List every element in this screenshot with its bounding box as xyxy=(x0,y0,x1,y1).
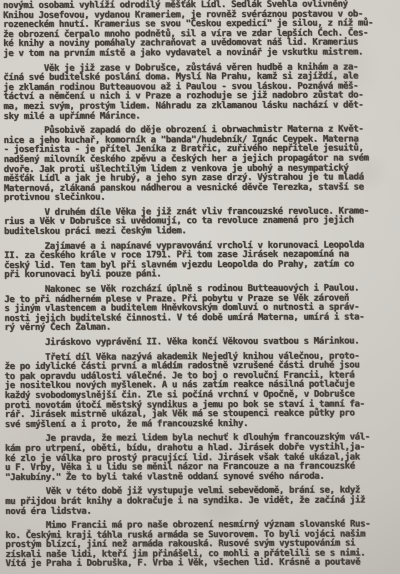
scanned-page: novými osobami vyhlíží odrodilý měšťák L… xyxy=(0,0,400,574)
paragraph-vek-dobruska: Věk je již zase v Dobrušce, zůstává věre… xyxy=(3,63,399,122)
paragraph-korunovace: Zajímavé a i napínavé vypravování vrchol… xyxy=(4,241,400,281)
paragraph-rozchod: Nakonec se Věk rozchází úplně s rodinou … xyxy=(4,284,400,334)
paragraph-kramerius: novými osobami vyhlíží odrodilý měšťák L… xyxy=(3,0,399,59)
paragraph-sebevedomi: Věk v této době již vystupuje velmi sebe… xyxy=(5,487,400,518)
paragraph-treti-dil: Třetí díl Věka nazývá akademik Nejedlý k… xyxy=(5,352,400,430)
paragraph-materna: Působivě zapadá do děje obrození i obrwa… xyxy=(4,125,400,203)
paragraph-rusko: Mimo Francii má pro naše obrození nesmír… xyxy=(5,520,400,570)
paragraph-valka-lid: Je pravda, že mezi lidem byla nechuť k d… xyxy=(5,434,400,484)
typewritten-text-block: novými osobami vyhlíží odrodilý měšťák L… xyxy=(3,0,400,574)
paragraph-druhy-dil: V druhém díle Věka je již znát vliv fran… xyxy=(4,207,400,238)
paragraph-svatba: Jiráskovo vyprávění II. Věka končí Věkov… xyxy=(4,337,400,348)
